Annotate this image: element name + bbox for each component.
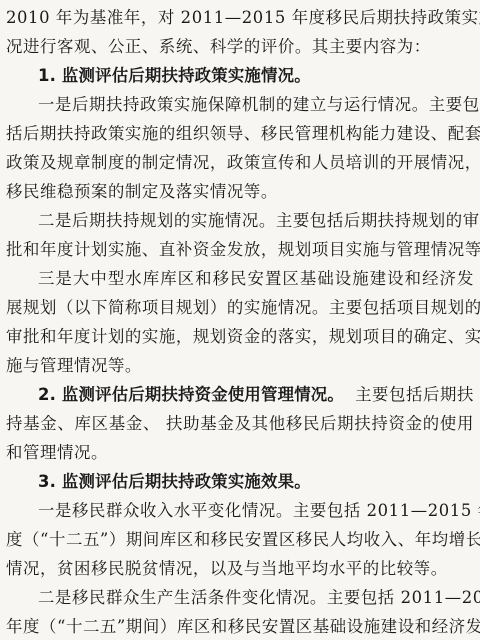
text-line-20: 情况，贫困移民脱贫情况，以及与当地平均水平的比较等。 [6, 554, 474, 583]
text-line-2: 况进行客观、公正、系统、科学的评价。其主要内容为： [6, 32, 474, 61]
text-line-8: 二是后期扶持规划的实施情况。主要包括后期扶持规划的审 [38, 206, 474, 235]
text-line-4: 一是后期扶持政策实施保障机制的建立与运行情况。主要包 [38, 90, 474, 119]
text-line-16: 和管理情况。 [6, 438, 474, 467]
section-heading-1: 1. 监测评估后期扶持政策实施情况。 [38, 61, 474, 90]
text-line-22: 年度（“十二五”期间）库区和移民安置区基础设施建设和经济发 [6, 612, 474, 640]
section-heading-3: 3. 监测评估后期扶持政策实施效果。 [38, 467, 474, 496]
section-heading-2: 2. 监测评估后期扶持资金使用管理情况。 [38, 380, 344, 409]
text-line-7: 移民维稳预案的制定及落实情况等。 [6, 177, 474, 206]
text-line-19: 度（“十二五”）期间库区和移民安置区移民人均收入、年均增长 [6, 525, 474, 554]
section-heading-2-text: 主要包括后期扶 [355, 380, 474, 409]
text-line-1: 2010 年为基准年，对 2011—2015 年度移民后期扶持政策实施情 [6, 3, 474, 32]
text-line-12: 审批和年度计划的实施，规划资金的落实，规划项目的确定、实 [6, 322, 474, 351]
text-line-21: 二是移民群众生产生活条件变化情况。主要包括 2011—2015 [38, 583, 474, 612]
text-line-18: 一是移民群众收入水平变化情况。主要包括 2011—2015 年 [38, 496, 474, 525]
text-line-5: 括后期扶持政策实施的组织领导、移民管理机构能力建设、配套 [6, 119, 474, 148]
section-heading-2-line: 2. 监测评估后期扶持资金使用管理情况。 主要包括后期扶 [38, 380, 474, 409]
text-line-15: 持基金、库区基金、 扶助基金及其他移民后期扶持资金的使用 [6, 409, 474, 438]
document-page: 2010 年为基准年，对 2011—2015 年度移民后期扶持政策实施情 况进行… [0, 0, 480, 640]
text-line-10: 三是大中型水库库区和移民安置区基础设施建设和经济发 [38, 264, 474, 293]
text-line-11: 展规划（以下简称项目规划）的实施情况。主要包括项目规划的 [6, 293, 474, 322]
text-line-6: 政策及规章制度的制定情况，政策宣传和人员培训的开展情况， [6, 148, 474, 177]
text-line-9: 批和年度计划实施、直补资金发放，规划项目实施与管理情况等。 [6, 235, 474, 264]
text-line-13: 施与管理情况等。 [6, 351, 474, 380]
